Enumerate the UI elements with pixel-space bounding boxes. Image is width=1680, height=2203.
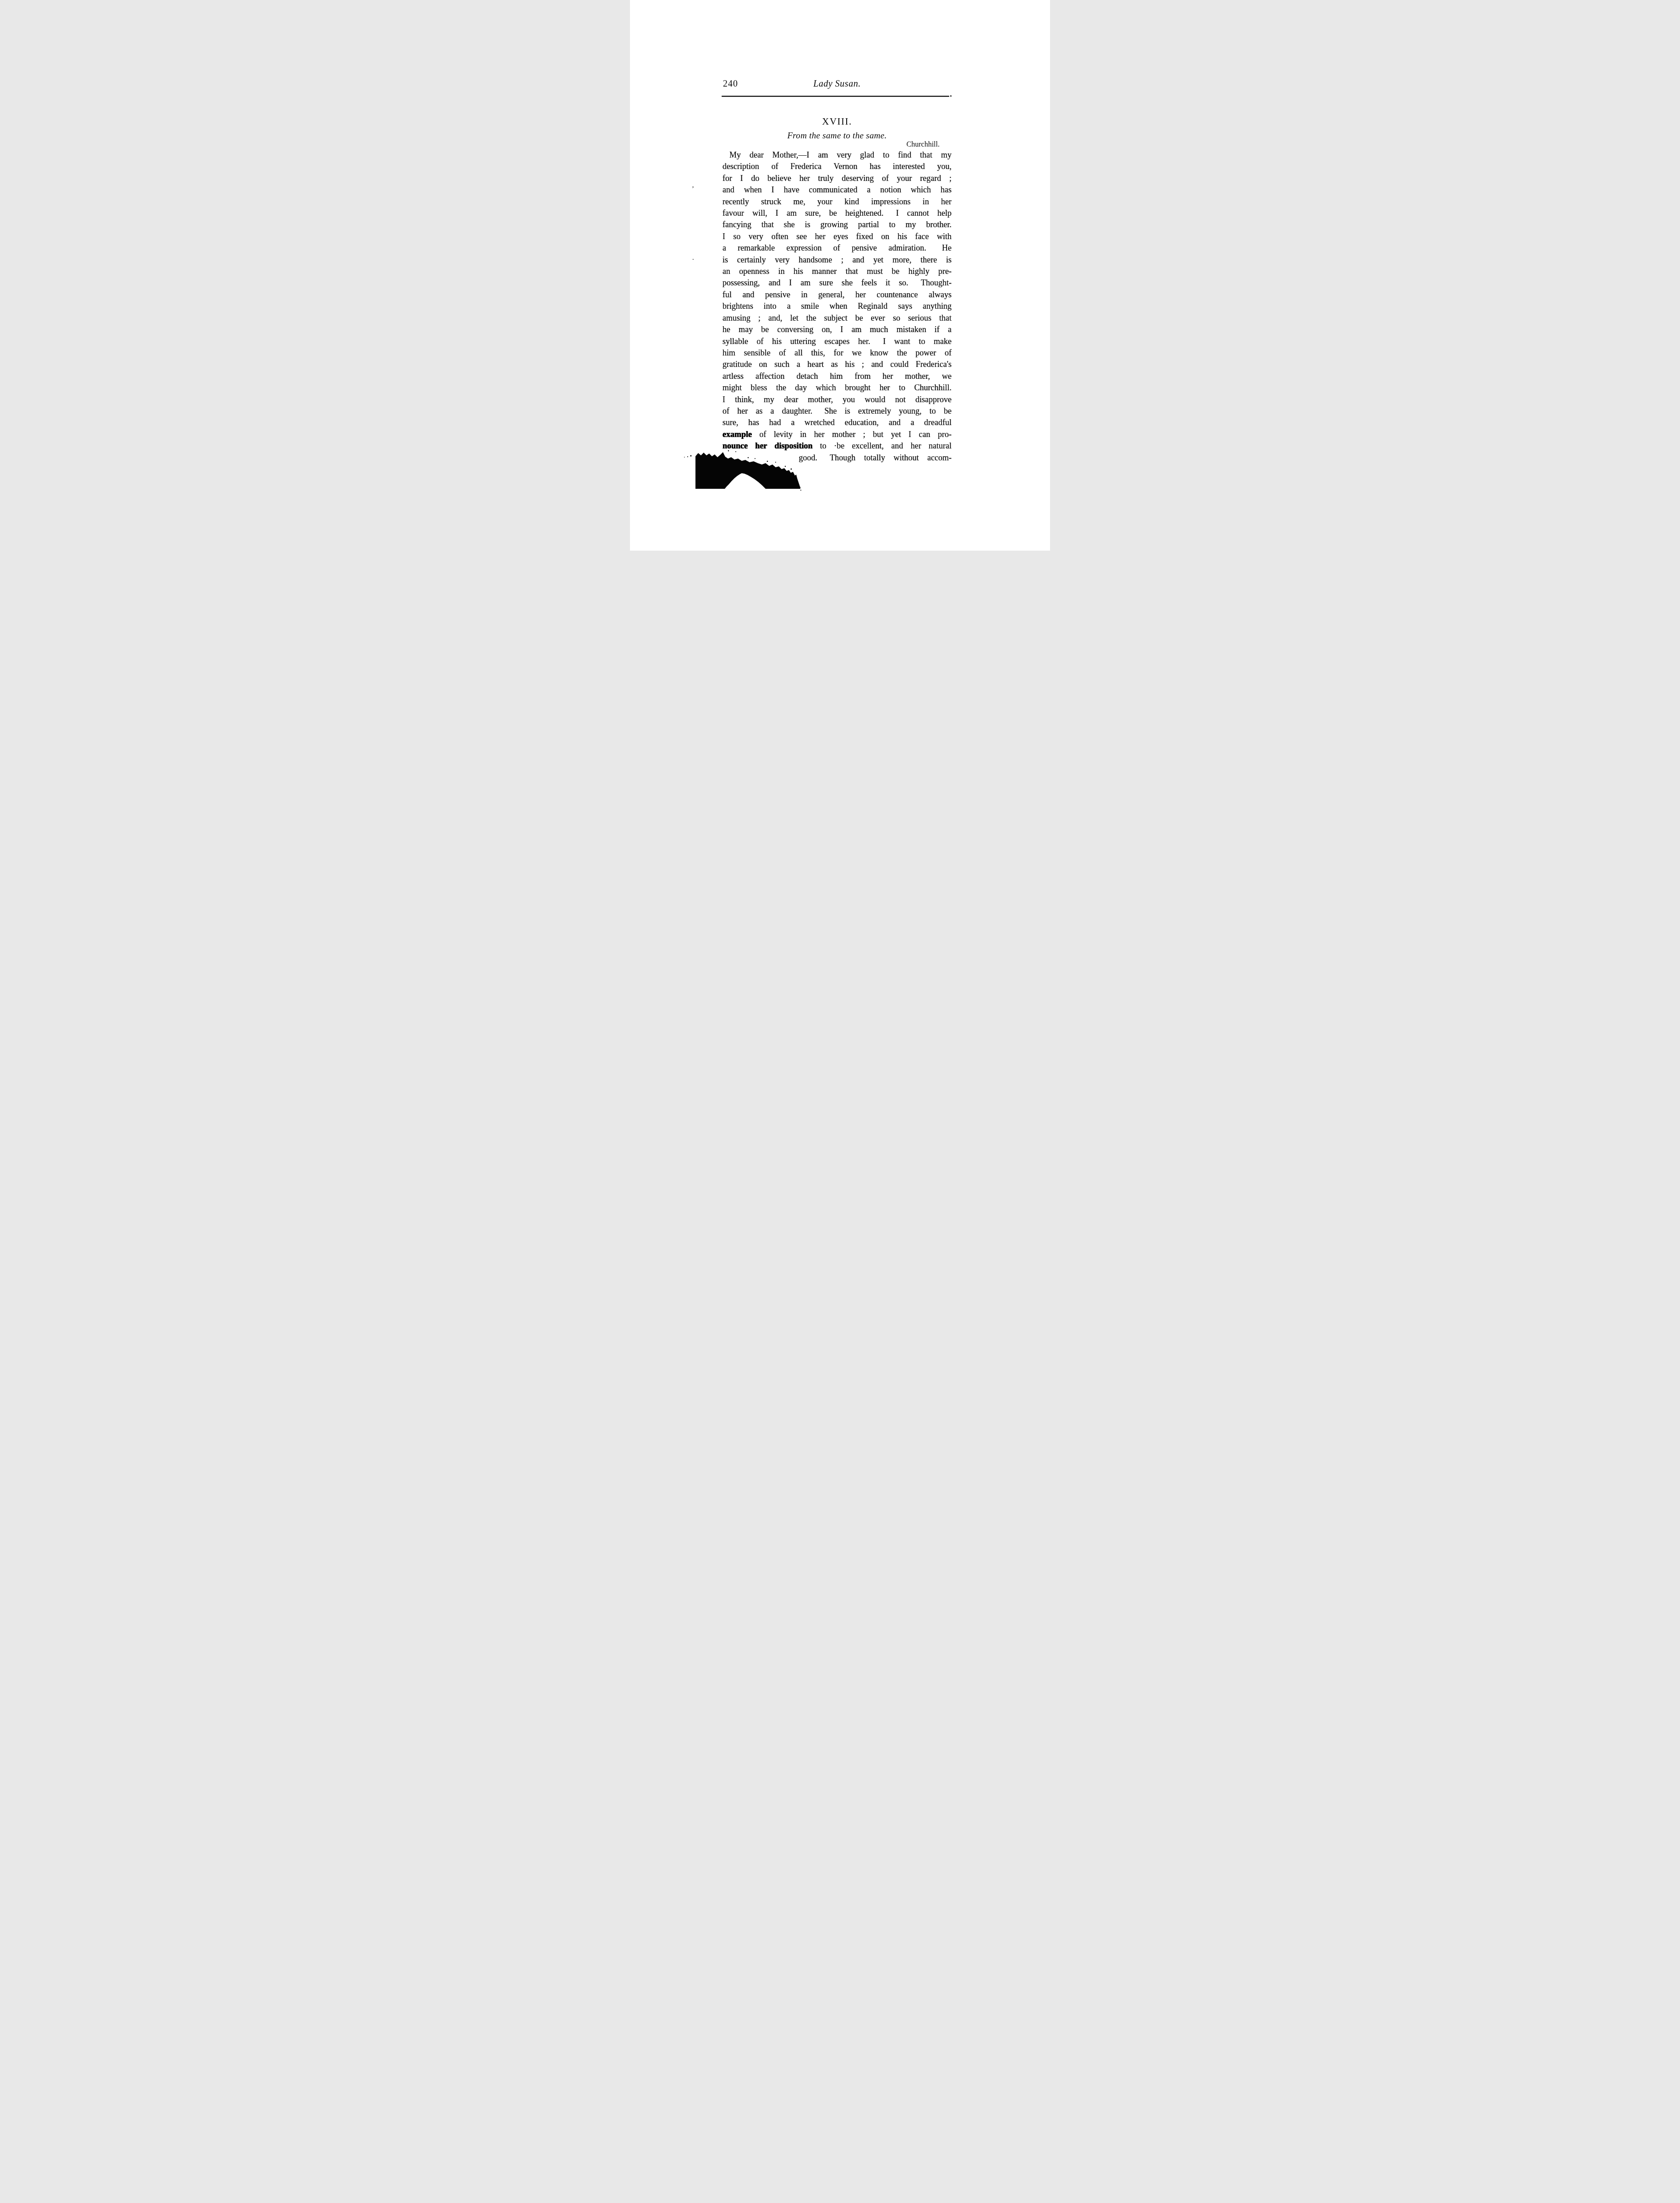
body-line: ful and pensive in general, her countena… bbox=[722, 289, 952, 301]
body-line: he may be conversing on, I am much mista… bbox=[722, 324, 952, 335]
body-lines: My dear Mother,—I am very glad to find t… bbox=[722, 149, 952, 429]
body-line: favour will, I am sure, be heightened. I… bbox=[722, 208, 952, 219]
body-line: possessing, and I am sure she feels it s… bbox=[722, 277, 952, 289]
scan-artifact-apostrophe: ’ bbox=[692, 187, 694, 191]
body-line: brightens into a smile when Reginald say… bbox=[722, 301, 952, 312]
body-line-text: good. Though totally without accom- bbox=[799, 453, 952, 462]
body-line: and when I have communicated a notion wh… bbox=[722, 184, 952, 196]
body-line: I so very often see her eyes fixed on hi… bbox=[722, 231, 952, 242]
blot-obscured-region bbox=[722, 460, 790, 460]
dateline: Churchhill. bbox=[722, 140, 940, 150]
body-line: recently struck me, your kind impression… bbox=[722, 196, 952, 208]
body-line: for I do believe her truly deserving of … bbox=[722, 173, 952, 184]
body-line-smeared: nounce her disposition to ·be excellent,… bbox=[722, 440, 952, 452]
body-line: amusing ; and, let the subject be ever s… bbox=[722, 312, 952, 324]
overinked-text: example bbox=[722, 430, 752, 439]
body-line: a remarkable expression of pensive admir… bbox=[722, 242, 952, 254]
running-title: Lady Susan. bbox=[722, 78, 952, 90]
header-rule bbox=[722, 96, 949, 97]
body-line: My dear Mother,—I am very glad to find t… bbox=[722, 149, 952, 161]
scan-artifact-dot: . bbox=[692, 256, 694, 260]
body-line: description of Frederica Vernon has inte… bbox=[722, 161, 952, 172]
body-line: him sensible of all this, for we know th… bbox=[722, 347, 952, 359]
scanned-book-page: 240 Lady Susan. XVIII. From the same to … bbox=[630, 0, 1050, 551]
body-line: of her as a daughter. She is extremely y… bbox=[722, 405, 952, 417]
body-line: I think, my dear mother, you would not d… bbox=[722, 394, 952, 405]
body-line: artless affection detach him from her mo… bbox=[722, 371, 952, 382]
letter-body: My dear Mother,—I am very glad to find t… bbox=[722, 149, 952, 464]
body-line: syllable of his uttering escapes her. I … bbox=[722, 336, 952, 347]
body-line-smeared: example of levity in her mother ; but ye… bbox=[722, 429, 952, 440]
body-line: an openness in his manner that must be h… bbox=[722, 266, 952, 277]
body-line: gratitude on such a heart as his ; and c… bbox=[722, 359, 952, 370]
body-line: sure, has had a wretched education, and … bbox=[722, 417, 952, 428]
overinked-text: nounce her disposition bbox=[722, 441, 812, 450]
body-line: might bless the day which brought her to… bbox=[722, 382, 952, 394]
running-head: 240 Lady Susan. bbox=[722, 78, 952, 90]
body-line-text: to ·be excellent, and her natural bbox=[820, 441, 952, 450]
body-line-text: of levity in her mother ; but yet I can … bbox=[759, 430, 952, 439]
chapter-number: XVIII. bbox=[722, 115, 952, 128]
header-rule-end-dot bbox=[950, 95, 952, 97]
body-line: fancying that she is growing partial to … bbox=[722, 219, 952, 230]
body-line-obscured: good. Though totally without accom- bbox=[722, 452, 952, 464]
body-line: is certainly very handsome ; and yet mor… bbox=[722, 254, 952, 266]
